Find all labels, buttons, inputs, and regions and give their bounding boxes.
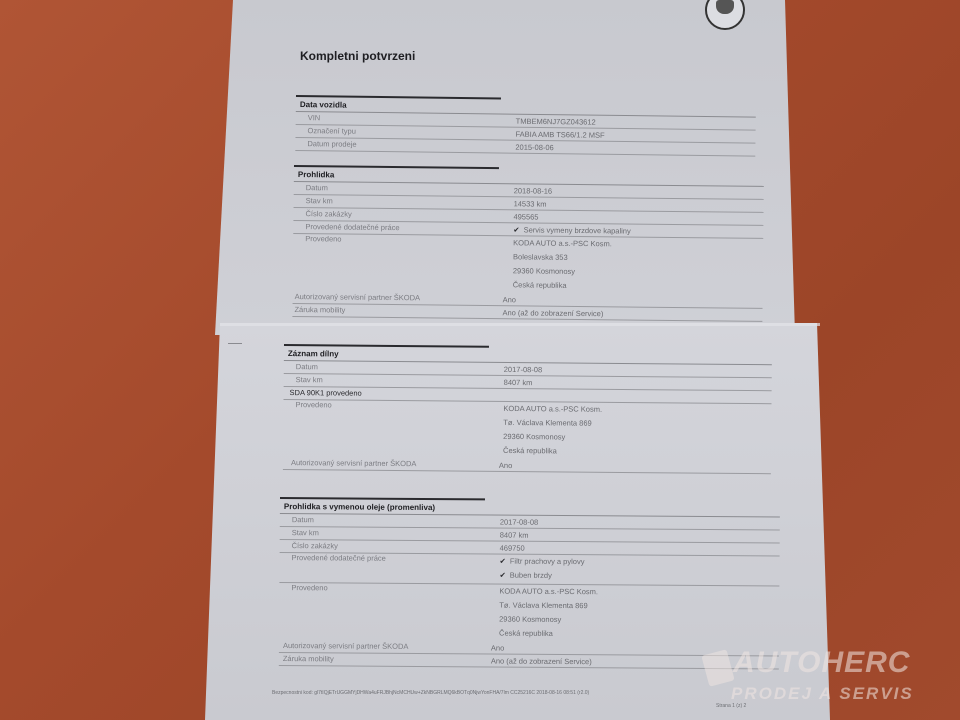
row-label: Autorizovaný servisní partner ŠKODA: [293, 292, 495, 305]
row-value: Ano: [491, 461, 512, 471]
section-workshop-record: Záznam dílny Datum2017-08-08 Stav km8407…: [283, 344, 772, 474]
row-label: Datum: [284, 362, 496, 375]
row-label: Číslo zakázky: [280, 541, 492, 553]
checkmark-icon: ✔: [513, 225, 519, 234]
security-code-footer: Bezpecnostni kod: gl7tIQjETrUGGMYjDHWa4u…: [272, 690, 589, 696]
address-line: Tø. Václava Klementa 869: [503, 416, 602, 431]
row-label: Záruka mobility: [292, 305, 494, 318]
performed-row: Provedeno KODA AUTO a.s.-PSC Kosm. Tø. V…: [279, 583, 779, 643]
extra-work-text: Buben brzdy: [510, 571, 552, 580]
row-value: 14533 km: [506, 199, 547, 209]
row-label: Záruka mobility: [279, 654, 483, 666]
row-label: Provedeno: [293, 234, 505, 247]
row-label: Datum: [280, 515, 492, 527]
row-value: FABIA AMB TS66/1.2 MSF: [507, 130, 604, 141]
row-label: Provedené dodatečné práce: [280, 553, 492, 565]
section-vehicle-data: Data vozidla VINTMBEM6NJ7GZ043612 Označe…: [295, 95, 756, 157]
address-block: KODA AUTO a.s.-PSC Kosm. Tø. Václava Kle…: [495, 402, 602, 460]
row-label: Číslo zakázky: [293, 209, 505, 222]
row-value: 8407 km: [496, 378, 533, 388]
address-line: Česká republika: [513, 278, 612, 293]
address-line: Tø. Václava Klementa 869: [499, 599, 598, 614]
address-line: 29360 Kosmonosy: [499, 613, 598, 628]
row-value: Ano: [483, 643, 504, 653]
address-line: Česká republika: [499, 627, 598, 642]
address-block: KODA AUTO a.s.-PSC Kosm. Boleslavska 353…: [505, 236, 612, 294]
extra-work-row: Provedené dodatečné práce ✔Filtr prachov…: [279, 553, 779, 586]
row-value: 469750: [492, 543, 525, 553]
row-value: 2017-08-08: [496, 365, 542, 375]
row-label: Provedeno: [283, 400, 495, 413]
performed-row: Provedeno KODA AUTO a.s.-PSC Kosm. Boles…: [293, 234, 764, 296]
row-label: Autorizovaný servisní partner ŠKODA: [279, 641, 483, 653]
row-label: Stav km: [280, 528, 492, 540]
section-inspection: Prohlidka Datum2018-08-16 Stav km14533 k…: [292, 165, 764, 322]
checkmark-icon: ✔: [500, 557, 506, 566]
extra-work-item: Servis vymeny brzdove kapaliny: [524, 225, 631, 235]
address-line: 29360 Kosmonosy: [503, 430, 602, 445]
address-line: 29360 Kosmonosy: [513, 264, 612, 279]
row-label: Provedeno: [279, 583, 491, 595]
row-value: 2017-08-08: [492, 517, 538, 527]
extra-work-list: ✔Filtr prachovy a pylovy ✔Buben brzdy: [491, 554, 584, 584]
watermark-tagline: PRODEJ A SERVIS: [731, 684, 914, 704]
row-value: Ano (až do zobrazení Service): [494, 308, 603, 319]
performed-row: Provedeno KODA AUTO a.s.-PSC Kosm. Tø. V…: [283, 400, 771, 461]
row-value: Ano: [495, 295, 516, 305]
address-line: Česká republika: [503, 444, 602, 459]
row-value: 495565: [505, 212, 538, 222]
row-label: Datum: [294, 183, 506, 196]
address-line: KODA AUTO a.s.-PSC Kosm.: [499, 585, 598, 600]
row-label: Autorizovaný servisní partner ŠKODA: [283, 458, 491, 471]
row-label: SDA 90K1 provedeno: [284, 388, 490, 401]
address-line: Boleslavska 353: [513, 250, 612, 265]
address-line: KODA AUTO a.s.-PSC Kosm.: [503, 402, 602, 417]
checkmark-icon: ✔: [499, 571, 505, 580]
row-label: Stav km: [294, 196, 506, 209]
row-value: ✔Servis vymeny brzdove kapaliny: [505, 225, 631, 236]
fold-mark: [228, 343, 242, 344]
row-value: 2015-08-06: [507, 143, 553, 154]
extra-work-item: ✔Buben brzdy: [499, 569, 584, 584]
row-label: Stav km: [284, 375, 496, 388]
address-line: KODA AUTO a.s.-PSC Kosm.: [513, 236, 612, 251]
paper-fold: [220, 323, 820, 326]
address-block: KODA AUTO a.s.-PSC Kosm. Tø. Václava Kle…: [491, 584, 598, 642]
row-value: 2018-08-16: [506, 186, 552, 196]
section-oil-change: Prohlidka s vymenou oleje (promenliva) D…: [279, 497, 780, 669]
row-label: Provedené dodatečné práce: [293, 222, 505, 235]
row-label: Datum prodeje: [295, 139, 507, 153]
extra-work-item: ✔Filtr prachovy a pylovy: [500, 555, 585, 570]
row-value: 8407 km: [492, 530, 529, 540]
row-value: TMBEM6NJ7GZ043612: [508, 117, 596, 128]
document-title: Kompletni potvrzeni: [300, 49, 415, 63]
row-value: Ano (až do zobrazení Service): [483, 656, 592, 667]
extra-work-text: Filtr prachovy a pylovy: [510, 557, 585, 567]
watermark-brand: AUTOHERC: [733, 646, 910, 680]
